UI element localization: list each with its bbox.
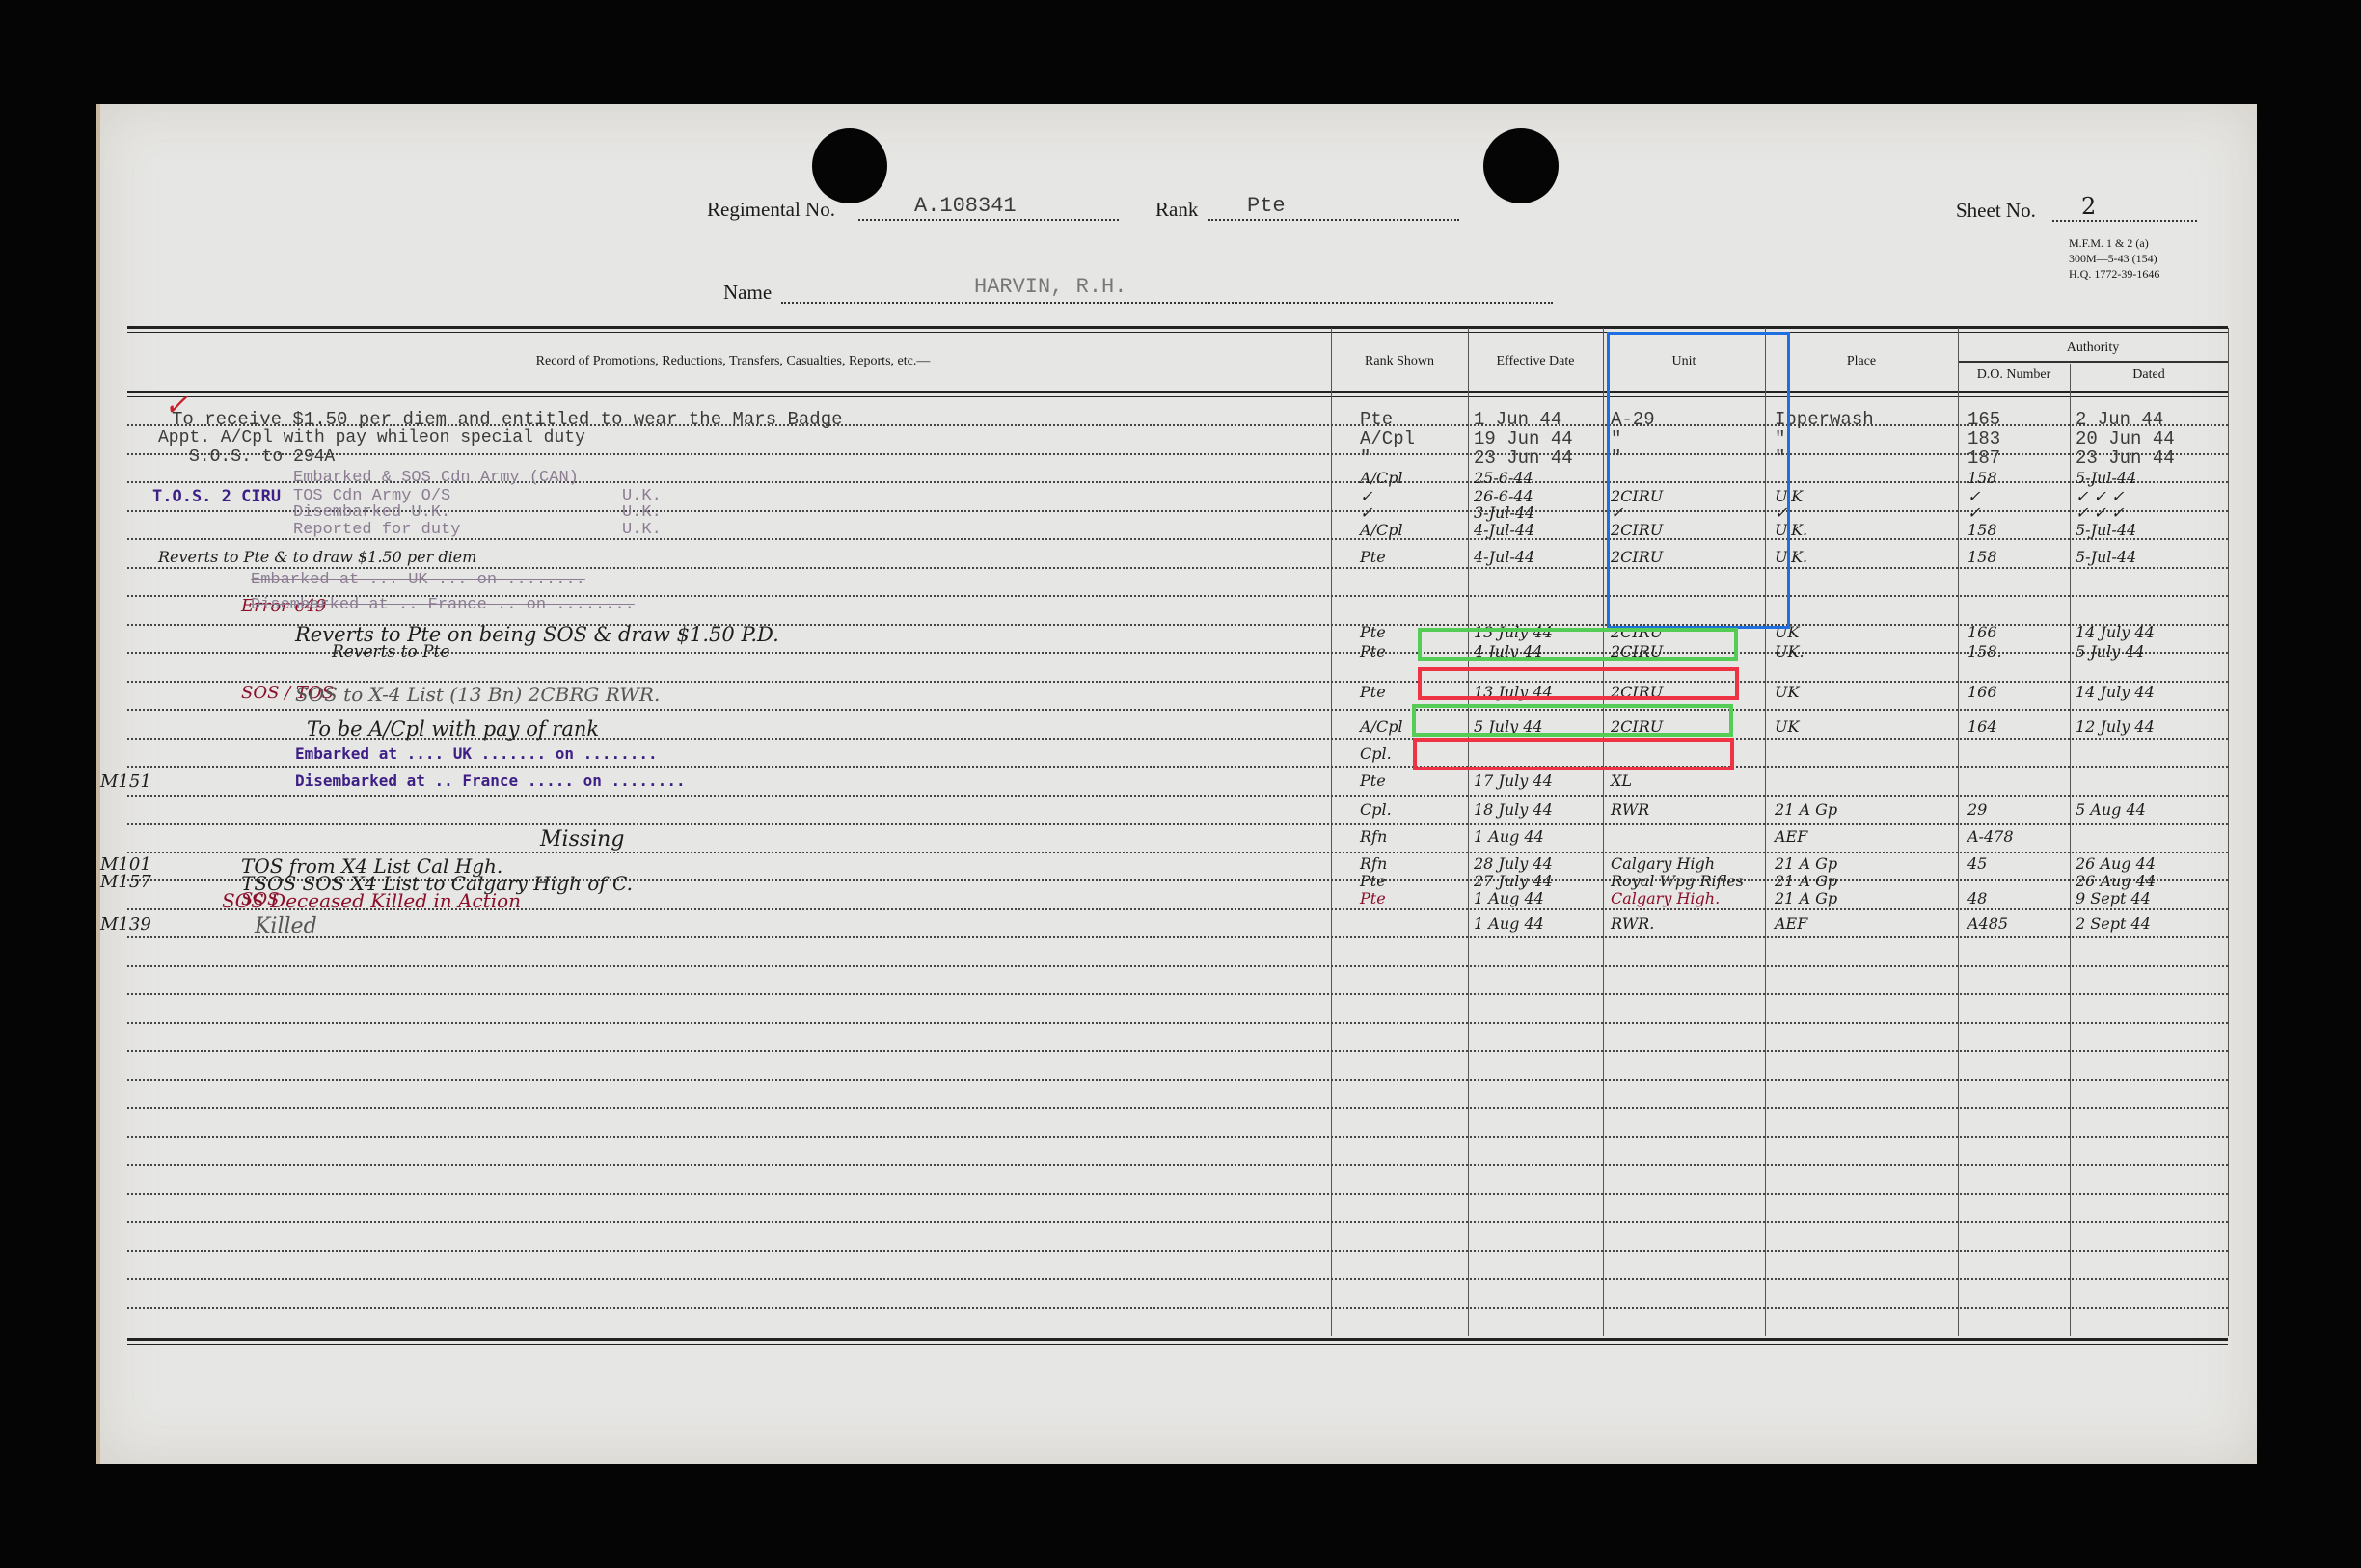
name-value: HARVIN, R.H.: [974, 275, 1126, 299]
cell-date: 1 Aug 44: [1474, 914, 1544, 933]
cell-rank: Cpl.: [1360, 744, 1392, 763]
header-place: Place: [1765, 354, 1958, 369]
cell-do: 29: [1967, 800, 1987, 819]
ruled-line: [127, 852, 2228, 853]
cell-unit: XL: [1611, 771, 1632, 790]
col-divider-rank: [1331, 328, 1332, 1336]
cell-do: 158: [1967, 548, 1997, 566]
cell-dated: 23 Jun 44: [2076, 447, 2175, 469]
regimental-no-value: A.108341: [914, 194, 1017, 218]
cell-rank: Pte: [1360, 548, 1386, 566]
cell-do: 158: [1967, 469, 1997, 487]
form-code-1: M.F.M. 1 & 2 (a): [2069, 236, 2149, 251]
cell-place: 21 A Gp: [1775, 889, 1837, 907]
rank-label: Rank: [1155, 198, 1198, 222]
name-field: HARVIN, R.H.: [781, 275, 1553, 304]
header-do-number: D.O. Number: [1958, 367, 2070, 383]
cell-unit: Royal Wpg Rifles: [1611, 872, 1744, 890]
record-text: S.O.S. to 294A: [189, 447, 335, 467]
record-text: Missing: [540, 827, 624, 852]
cell-dated: 12 July 44: [2076, 717, 2155, 736]
highlight-box-green-1: [1418, 628, 1738, 661]
ruled-line: [127, 965, 2228, 967]
authority-rule: [1958, 361, 2228, 363]
sheet-no-field: 2: [2052, 197, 2197, 222]
record-text: Appt. A/Cpl with pay whileon special dut…: [158, 428, 585, 447]
cell-rank: A/Cpl: [1360, 717, 1403, 736]
cell-unit: RWR: [1611, 800, 1649, 819]
record-text: Disembarked U.K.: [293, 503, 450, 522]
cell-place: AEF: [1775, 827, 1807, 846]
highlight-box-red-1: [1418, 667, 1739, 700]
col-divider-date: [1468, 328, 1469, 1336]
ruled-line: [127, 1278, 2228, 1280]
highlight-box-green-2: [1412, 704, 1733, 737]
cell-do: 183: [1967, 428, 2000, 449]
name-label: Name: [723, 281, 772, 305]
cell-dated: 2 Jun 44: [2076, 409, 2163, 430]
cell-date: 1 Aug 44: [1474, 889, 1544, 907]
cell-date: 23 Jun 44: [1474, 447, 1573, 469]
regimental-no-label: Regimental No.: [707, 198, 835, 222]
record-text: Embarked at ... UK ... on ........: [251, 571, 585, 589]
record-text: Reported for duty: [293, 521, 460, 539]
cell-dated: 5-Jul-44: [2076, 548, 2136, 566]
header-bottom-rule: [127, 391, 2228, 397]
ruled-line: [127, 1221, 2228, 1223]
ruled-line: [127, 823, 2228, 825]
record-text: Embarked at .... UK ....... on ........: [295, 744, 658, 763]
rank-value: Pte: [1247, 194, 1286, 218]
cell-date: 1 Aug 44: [1474, 827, 1544, 846]
cell-place: UK.: [1775, 642, 1805, 661]
cell-do: 166: [1967, 683, 1997, 701]
cell-do: A485: [1967, 914, 2008, 933]
header-record: Record of Promotions, Reductions, Transf…: [135, 354, 1331, 369]
cell-rank: A/Cpl: [1360, 521, 1403, 539]
cell-dated: 5-Jul-44: [2076, 521, 2136, 539]
cell-dated: ✓ ✓ ✓: [2076, 503, 2124, 522]
cell-rank: Pte: [1360, 889, 1386, 907]
cell-dated: 2 Sept 44: [2076, 914, 2151, 933]
cell-dated: 5-Jul-44: [2076, 469, 2136, 487]
cell-place: 21 A Gp: [1775, 872, 1837, 890]
cell-place: 21 A Gp: [1775, 854, 1837, 873]
top-rule: [127, 326, 2228, 333]
cell-date: 4-Jul-44: [1474, 521, 1534, 539]
cell-rank: A/Cpl: [1360, 469, 1403, 487]
cell-dated: 5 July 44: [2076, 642, 2145, 661]
cell-do: 165: [1967, 409, 2000, 430]
record-text: Reverts to Pte: [332, 642, 449, 662]
ruled-line: [127, 1250, 2228, 1252]
col-divider-do: [1958, 328, 1959, 1336]
col-divider-right: [2228, 328, 2229, 1336]
cell-rank: Rfn: [1360, 854, 1387, 873]
punch-hole-right: [1483, 128, 1559, 203]
ruled-line: [127, 453, 2228, 455]
cell-date: 4-Jul-44: [1474, 548, 1534, 566]
ruled-line: [127, 795, 2228, 797]
record-text: To receive $1.50 per diem and entitled t…: [172, 409, 843, 430]
cell-rank: A/Cpl: [1360, 428, 1415, 449]
highlight-box-red-2: [1413, 738, 1734, 770]
cell-dated: 5 Aug 44: [2076, 800, 2146, 819]
cell-date: 19 Jun 44: [1474, 428, 1573, 449]
record-text: SOS to X-4 List (13 Bn) 2CBRG RWR.: [295, 683, 660, 706]
cell-dated: 9 Sept 44: [2076, 889, 2151, 907]
cell-rank: ": [1360, 447, 1370, 469]
cell-dated: 26 Aug 44: [2076, 854, 2156, 873]
ruled-line: [127, 709, 2228, 711]
cell-rank: Pte: [1360, 642, 1386, 661]
cell-unit: Calgary High.: [1611, 889, 1720, 907]
highlight-box-blue: [1607, 332, 1790, 629]
cell-do: 164: [1967, 717, 1997, 736]
cell-dated: 20 Jun 44: [2076, 428, 2175, 449]
rank-field: Pte: [1208, 194, 1459, 221]
cell-do: 166: [1967, 623, 1997, 641]
cell-date: 18 July 44: [1474, 800, 1553, 819]
sheet-no-label: Sheet No.: [1956, 199, 2036, 223]
cell-place: AEF: [1775, 914, 1807, 933]
record-text: Reverts to Pte & to draw $1.50 per diem: [158, 548, 476, 566]
ruled-line: [127, 1193, 2228, 1195]
form-code-3: H.Q. 1772-39-1646: [2069, 267, 2159, 282]
bottom-rule: [127, 1338, 2228, 1345]
cell-date: 3-Jul-44: [1474, 503, 1534, 522]
check-mark-icon: ✓: [164, 389, 188, 422]
record-place: U.K.: [622, 521, 662, 539]
cell-rank: ✓: [1360, 503, 1372, 522]
margin-note: M151: [100, 771, 151, 792]
cell-unit: RWR.: [1611, 914, 1654, 933]
record-text: Disembarked at .. France ..... on ......…: [295, 771, 686, 790]
record-text: SOS Deceased Killed in Action: [222, 889, 521, 912]
ruled-line: [127, 1079, 2228, 1081]
cell-do: 158.: [1967, 642, 2002, 661]
service-record-sheet: Regimental No. A.108341 Rank Pte Name HA…: [96, 104, 2257, 1464]
form-code-2: 300M—5-43 (154): [2069, 252, 2157, 266]
cell-date: 27 July 44: [1474, 872, 1553, 890]
cell-dated: 26 Aug 44: [2076, 872, 2156, 890]
margin-note: M139: [100, 914, 151, 934]
cell-rank: Pte: [1360, 683, 1386, 701]
regimental-no-field: A.108341: [858, 194, 1119, 221]
cell-rank: Pte: [1360, 771, 1386, 790]
record-prefix: T.O.S. 2 CIRU: [152, 487, 281, 506]
ruled-line: [127, 567, 2228, 569]
cell-rank: Rfn: [1360, 827, 1387, 846]
header-dated: Dated: [2070, 367, 2228, 383]
header-rank-shown: Rank Shown: [1331, 354, 1468, 369]
cell-do: A-478: [1967, 827, 2014, 846]
cell-date: 1 Jun 44: [1474, 409, 1561, 430]
sheet-no-value: 2: [2081, 193, 2096, 220]
cell-rank: Pte: [1360, 623, 1386, 641]
ruled-line: [127, 1164, 2228, 1166]
cell-do: 48: [1967, 889, 1987, 907]
margin-note: M157: [100, 872, 151, 892]
cell-rank: Cpl.: [1360, 800, 1392, 819]
cell-place: UK: [1775, 717, 1799, 736]
punch-hole-left: [812, 128, 887, 203]
header-effective-date: Effective Date: [1468, 354, 1603, 369]
ruled-line: [127, 1136, 2228, 1138]
cell-rank: Pte: [1360, 409, 1393, 430]
cell-date: 17 July 44: [1474, 771, 1553, 790]
cell-date: 25-6-44: [1474, 469, 1533, 487]
cell-do: 45: [1967, 854, 1987, 873]
cell-dated: 14 July 44: [2076, 683, 2155, 701]
record-text: Embarked & SOS Cdn Army (CAN): [293, 469, 579, 487]
cell-do: ✓: [1967, 503, 1980, 522]
ruled-line: [127, 993, 2228, 995]
col-divider-unit: [1603, 328, 1604, 1336]
cell-dated: 14 July 44: [2076, 623, 2155, 641]
cell-place: UK: [1775, 683, 1799, 701]
cell-rank: Pte: [1360, 872, 1386, 890]
cell-unit: Calgary High: [1611, 854, 1715, 873]
ruled-line: [127, 936, 2228, 938]
ruled-line: [127, 1107, 2228, 1109]
record-text: Disembarked at .. France .. on ........: [251, 596, 635, 614]
ruled-line: [127, 766, 2228, 768]
ruled-line: [127, 1022, 2228, 1024]
cell-place: 21 A Gp: [1775, 800, 1837, 819]
cell-do: 158: [1967, 521, 1997, 539]
record-place: U.K.: [622, 503, 662, 522]
ruled-line: [127, 1050, 2228, 1052]
cell-do: 187: [1967, 447, 2000, 469]
ruled-line: [127, 1307, 2228, 1309]
header-authority: Authority: [1958, 340, 2228, 356]
record-text: To be A/Cpl with pay of rank: [307, 717, 599, 741]
cell-date: 28 July 44: [1474, 854, 1553, 873]
record-text: Killed: [255, 914, 317, 938]
